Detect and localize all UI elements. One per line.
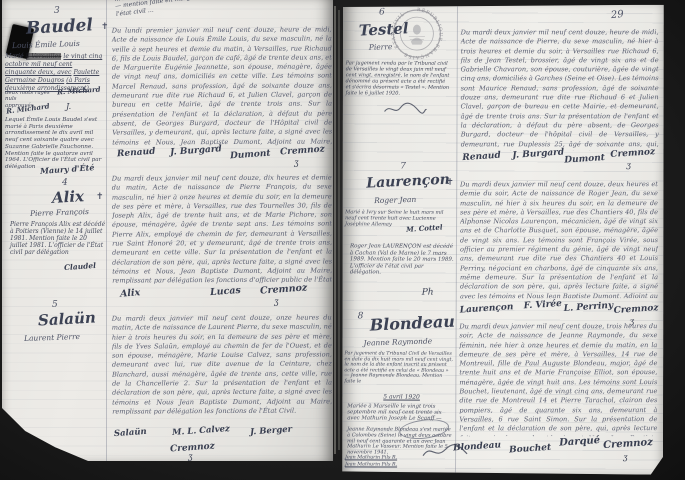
given-names: Jeanne Raymonde — [363, 336, 432, 347]
margin-note-signature: M. Cottel — [406, 222, 443, 233]
witness-signature: J. Burgard — [170, 144, 222, 158]
struck-word: à Versailles — [26, 53, 62, 60]
page-number: 29 — [610, 9, 624, 21]
left-page: 3 Baudel ✝ Louis Émile Louis Marié à Ver… — [2, 0, 333, 461]
register-scan: 3 Baudel ✝ Louis Émile Louis Marié à Ver… — [0, 0, 685, 480]
witness-signature: Renaud — [117, 147, 156, 160]
rubber-stamp-line: Jean Mathurin Fils R. — [345, 462, 435, 468]
illegible-signature — [383, 101, 429, 117]
given-names: Pierre François — [30, 207, 89, 218]
deceased-cross-icon: ✝ — [101, 22, 109, 32]
party-signature: Alix — [120, 287, 141, 299]
death-margin-note: Pierre François Alix est décédé à Poitie… — [10, 221, 106, 256]
officer-signature: Cremnoz — [603, 437, 653, 451]
death-margin-note: Roger Jean LAURENÇON est décédé à Cachan… — [350, 243, 454, 276]
surname-heading: Blondeau — [369, 312, 455, 335]
entry-number: 8 — [358, 311, 364, 321]
margin-divider-line — [455, 4, 458, 474]
act-body: Du mardi deux janvier mil neuf cent douz… — [461, 28, 659, 150]
witness-signature: Lucas — [210, 285, 242, 298]
margin-divider-line — [106, 0, 107, 461]
given-names: Louis Émile Louis — [12, 39, 80, 50]
officer-signature: Cremnoz — [610, 147, 655, 160]
given-names: Laurent Pierre — [24, 332, 80, 343]
note-prefix: Marié — [5, 53, 24, 60]
witness-signature: Bouchet — [509, 443, 552, 456]
witness-signature: L. Perriny — [563, 301, 613, 314]
entry-number: 6 — [379, 7, 385, 17]
paraph-mark: Ph — [422, 288, 434, 298]
given-names: Roger Jean — [374, 195, 416, 205]
margin-note-signature: Claudel — [64, 261, 97, 272]
witness-signature: Renaud — [462, 151, 501, 163]
surname-heading: Laurençon — [366, 172, 450, 192]
witness-signature: Dumont — [564, 153, 605, 166]
right-page: 29 6 Testel Pierre RÉPUBLIQUE FRANÇAISE … — [341, 3, 665, 474]
officer-signature: Cremnoz — [280, 144, 325, 157]
party-signature: Laurençon — [459, 302, 513, 315]
witness-signature: M. L. Calvez — [172, 424, 230, 438]
entry-number: 7 — [400, 162, 406, 172]
judgment-margin-note: Par jugement rendu par le Tribunal civil… — [346, 61, 452, 97]
republique-francaise-stamp-icon: RÉPUBLIQUE FRANÇAISE · ÉTAT CIVIL · — [389, 6, 445, 62]
judgment-date: 5 avril 1920 — [383, 393, 443, 400]
witness-signature: J. Berger — [250, 425, 293, 438]
surname-heading: Baudel — [26, 15, 94, 38]
witness-signature: F. Virée — [523, 299, 562, 311]
entry-number: 4 — [62, 178, 68, 188]
signature-flourish: ʒ — [623, 453, 628, 462]
signature-flourish: ʒ — [188, 452, 193, 461]
act-body: Du mardi deux janvier mil neuf cent douz… — [459, 322, 657, 436]
signature-flourish: ʒ — [626, 161, 631, 170]
deceased-cross-icon: ✝ — [96, 192, 104, 202]
party-signature: Salaün — [114, 427, 147, 439]
surname-heading: Alix — [52, 187, 85, 207]
prior-act-diagonal-note: … le dix sept août mil neuf cent trente … — [114, 0, 333, 18]
paraph-mark: J. — [66, 102, 71, 111]
act-body: Du mardi deux janvier mil neuf cent douz… — [460, 180, 658, 298]
act-body: Du mardi deux janvier mil neuf cent douz… — [112, 313, 333, 424]
surname-heading: Salaün — [38, 309, 97, 330]
page-edge — [338, 10, 340, 450]
officer-signature: Cremnoz — [613, 303, 658, 316]
witness-signature: Dumont — [230, 149, 271, 162]
entry-number: 5 — [52, 300, 58, 310]
witness-signature: Darqué — [559, 435, 601, 449]
witness-signature: J. Burgard — [512, 147, 564, 160]
registrar-signature: R. Michard — [57, 84, 101, 96]
party-signature: Blondeau — [453, 440, 502, 453]
rubber-stamp-line: Jean Mathurin Fils R. — [345, 455, 435, 461]
deceased-cross-icon: ✝ — [446, 178, 454, 188]
signature-flourish: ʒ — [274, 297, 279, 306]
page-edge — [334, 6, 336, 454]
official-round-stamp: RÉPUBLIQUE FRANÇAISE · ÉTAT CIVIL · — [389, 6, 445, 62]
judgment-margin-note: Par jugement du Tribunal Civil de Versai… — [344, 351, 454, 385]
officer-signature: Cremnoz — [260, 282, 308, 296]
entry-number: 3 — [54, 6, 60, 16]
act-body: Du mardi deux janvier mil neuf cent douz… — [112, 173, 333, 284]
act-body: Du lundi premier janvier mil neuf cent d… — [112, 25, 333, 146]
signature-flourish: ʒ — [294, 158, 299, 167]
